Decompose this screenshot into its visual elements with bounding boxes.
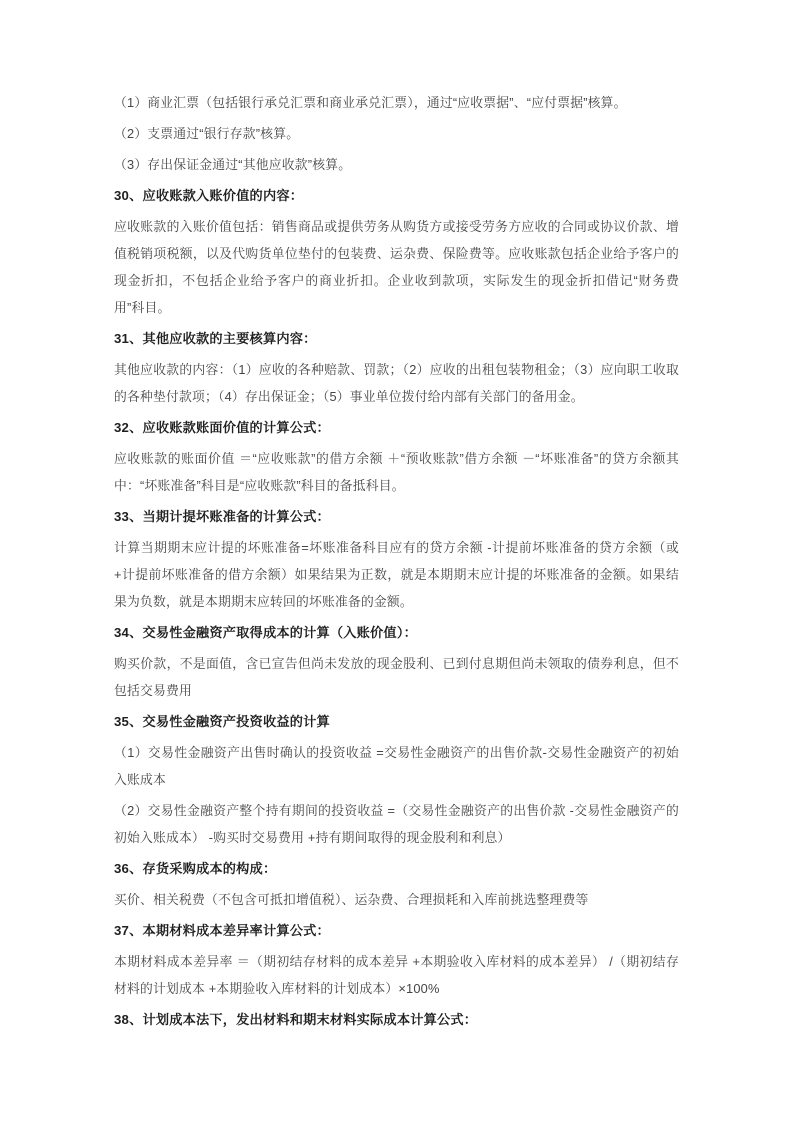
- section-heading: 31、其他应收款的主要核算内容：: [114, 325, 679, 352]
- paragraph: 购买价款，不是面值，含已宣告但尚未发放的现金股利、已到付息期但尚未领取的债券利息…: [114, 650, 679, 704]
- paragraph: 其他应收款的内容：（1）应收的各种赔款、罚款；（2）应收的出租包装物租金；（3）…: [114, 356, 679, 410]
- paragraph: 应收账款的入账价值包括：销售商品或提供劳务从购货方或接受劳务方应收的合同或协议价…: [114, 213, 679, 321]
- paragraph: （1）商业汇票（包括银行承兑汇票和商业承兑汇票），通过“应收票据”、“应付票据”…: [114, 89, 679, 116]
- section-heading: 33、当期计提坏账准备的计算公式：: [114, 503, 679, 530]
- document-page: （1）商业汇票（包括银行承兑汇票和商业承兑汇票），通过“应收票据”、“应付票据”…: [0, 0, 793, 1122]
- section-heading: 35、交易性金融资产投资收益的计算: [114, 708, 679, 735]
- paragraph: （2）支票通过“银行存款”核算。: [114, 120, 679, 147]
- section-heading: 36、存货采购成本的构成：: [114, 855, 679, 882]
- section-heading: 38、计划成本法下，发出材料和期末材料实际成本计算公式：: [114, 1006, 679, 1033]
- paragraph: （3）存出保证金通过“其他应收款”核算。: [114, 151, 679, 178]
- section-heading: 30、应收账款入账价值的内容：: [114, 182, 679, 209]
- paragraph: 应收账款的账面价值 ＝“应收账款”的借方余额 ＋“预收账款”借方余额 －“坏账准…: [114, 445, 679, 499]
- paragraph: （2）交易性金融资产整个持有期间的投资收益 =（交易性金融资产的出售价款 -交易…: [114, 797, 679, 851]
- paragraph: 计算当期期末应计提的坏账准备=坏账准备科目应有的贷方余额 -计提前坏账准备的贷方…: [114, 534, 679, 615]
- paragraph: 本期材料成本差异率 ＝（期初结存材料的成本差异 +本期验收入库材料的成本差异） …: [114, 948, 679, 1002]
- section-heading: 34、交易性金融资产取得成本的计算（入账价值）：: [114, 619, 679, 646]
- document-content: （1）商业汇票（包括银行承兑汇票和商业承兑汇票），通过“应收票据”、“应付票据”…: [114, 89, 679, 1033]
- paragraph: 买价、相关税费（不包含可抵扣增值税）、运杂费、合理损耗和入库前挑选整理费等: [114, 886, 679, 913]
- section-heading: 37、本期材料成本差异率计算公式：: [114, 917, 679, 944]
- section-heading: 32、应收账款账面价值的计算公式：: [114, 414, 679, 441]
- paragraph: （1）交易性金融资产出售时确认的投资收益 =交易性金融资产的出售价款-交易性金融…: [114, 739, 679, 793]
